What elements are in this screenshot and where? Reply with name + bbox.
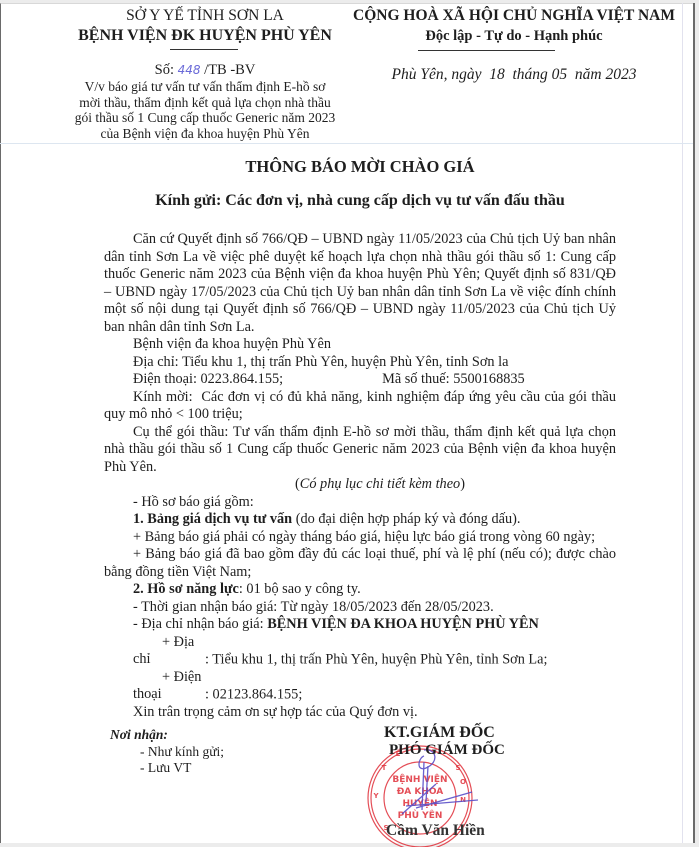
address-value: : Tiểu khu 1, thị trấn Phù Yên, huyện Ph… xyxy=(205,651,547,667)
page-right-border xyxy=(693,3,695,843)
receive-address-label: - Địa chỉ nhận báo giá: xyxy=(133,616,267,632)
svg-text:Y: Y xyxy=(372,792,379,800)
closing-thanks: Xin trân trọng cảm ơn sự hợp tác của Quý… xyxy=(104,704,616,722)
subject-line: của Bệnh viện đa khoa huyện Phù Yên xyxy=(60,126,350,142)
item-1-title: 1. Bảng giá dịch vụ tư vấn xyxy=(133,511,292,527)
recipient-item: - Như kính gửi; xyxy=(140,744,224,760)
document-number: Số: 448 /TB -BV xyxy=(60,62,350,79)
dossier-item-1: 1. Bảng giá dịch vụ tư vấn (do đại diện … xyxy=(104,511,616,529)
hospital-name: BỆNH VIỆN ĐK HUYỆN PHÙ YÊN xyxy=(60,26,350,46)
organization-name: Bệnh viện đa khoa huyện Phù Yên xyxy=(104,336,616,354)
subject-line: V/v báo giá tư vấn tư vấn thẩm định E-hồ… xyxy=(60,79,350,95)
item-1-requirement: + Bảng báo giá đã bao gồm đầy đủ các loạ… xyxy=(104,546,616,581)
number-prefix: Số: xyxy=(155,62,174,78)
organization-address: Địa chỉ: Tiểu khu 1, thị trấn Phù Yên, h… xyxy=(104,354,616,372)
signature-position: PHÓ GIÁM ĐỐC xyxy=(389,742,505,759)
svg-text:T: T xyxy=(382,764,387,772)
dossier-intro: - Hồ sơ báo giá gồm: xyxy=(104,494,616,512)
number-suffix: /TB -BV xyxy=(204,62,255,78)
subject-summary: V/v báo giá tư vấn tư vấn thẩm định E-hồ… xyxy=(60,79,350,141)
page-divider-guide xyxy=(0,143,693,144)
page-edge-guide xyxy=(682,3,683,843)
issuer-header: SỞ Y YẾ TỈNH SƠN LA BỆNH VIỆN ĐK HUYỆN P… xyxy=(60,6,350,46)
recipients-label: Nơi nhận: xyxy=(110,727,168,743)
item-1-requirement: + Bảng báo giá phải có ngày tháng báo gi… xyxy=(104,529,616,547)
motto-underline xyxy=(418,50,555,51)
handwritten-number: 448 xyxy=(178,63,201,77)
receive-address: - Địa chỉ nhận báo giá: BỆNH VIỆN ĐA KHO… xyxy=(104,616,616,634)
place-date: Phù Yên, ngày 18 tháng 05 năm 2023 xyxy=(330,66,698,84)
contact-phone: + Điện thoại: 02123.864.155; xyxy=(104,669,616,704)
country-name: CỘNG HOÀ XÃ HỘI CHỦ NGHĨA VIỆT NAM xyxy=(330,6,698,26)
phone-value: : 02123.864.155; xyxy=(205,686,302,702)
receive-time: - Thời gian nhận báo giá: Từ ngày 18/05/… xyxy=(104,599,616,617)
department-name: SỞ Y YẾ TỈNH SƠN LA xyxy=(60,6,350,26)
tax-code: Mã số thuế: 5500168835 xyxy=(382,371,525,387)
national-header: CỘNG HOÀ XÃ HỘI CHỦ NGHĨA VIỆT NAM Độc l… xyxy=(330,6,698,46)
item-1-detail: (do đại diện hợp pháp ký và đóng dấu). xyxy=(292,511,520,527)
appendix-note: (Có phụ lục chi tiết kèm theo) xyxy=(104,476,616,494)
appendix-note-text: Có phụ lục chi tiết kèm theo xyxy=(300,476,460,492)
phone-label: + Điện thoại xyxy=(133,669,205,704)
subject-line: gói thầu số 1 Cung cấp thuốc Generic năm… xyxy=(60,110,350,126)
signature-on-behalf: KT.GIÁM ĐỐC xyxy=(384,724,495,742)
address-label: + Địa chỉ xyxy=(133,634,205,669)
stamp-line: ĐA KHOA xyxy=(397,787,444,797)
subject-line: mời thầu, thẩm định kết quả lựa chọn nhà… xyxy=(60,95,350,111)
document-title: THÔNG BÁO MỜI CHÀO GIÁ xyxy=(80,157,640,177)
package-description: Cụ thể gói thầu: Tư vấn thẩm định E-hồ s… xyxy=(104,424,616,477)
contact-line: Điện thoại: 0223.864.155;Mã số thuế: 550… xyxy=(104,371,616,389)
stamp-line: BỆNH VIỆN xyxy=(392,774,447,785)
document-body: Căn cứ Quyết định số 766/QĐ – UBND ngày … xyxy=(104,231,616,721)
item-2-detail: : 01 bộ sao y công ty. xyxy=(239,581,361,597)
recipient-item: - Lưu VT xyxy=(140,760,191,776)
stamp-line: PHÙ YÊN xyxy=(398,809,443,821)
contact-address: + Địa chỉ: Tiểu khu 1, thị trấn Phù Yên,… xyxy=(104,634,616,669)
national-motto: Độc lập - Tự do - Hạnh phúc xyxy=(330,26,698,46)
organization-phone: Điện thoại: 0223.864.155; xyxy=(133,371,283,387)
dossier-item-2: 2. Hồ sơ năng lực: 01 bộ sao y công ty. xyxy=(104,581,616,599)
svg-text:Ơ: Ơ xyxy=(460,778,466,786)
item-2-title: 2. Hồ sơ năng lực xyxy=(133,581,239,597)
legal-basis: Căn cứ Quyết định số 766/QĐ – UBND ngày … xyxy=(104,231,616,336)
svg-text:S: S xyxy=(455,764,460,772)
signer-name: Cầm Văn Hiền xyxy=(386,822,485,840)
receive-address-org: BỆNH VIỆN ĐA KHOA HUYỆN PHÙ YÊN xyxy=(267,616,539,632)
svg-text:N: N xyxy=(460,796,466,804)
addressee: Kính gửi: Các đơn vị, nhà cung cấp dịch … xyxy=(80,192,640,210)
invitation: Kính mời: Các đơn vị có đủ khả năng, kin… xyxy=(104,389,616,424)
issuer-underline xyxy=(170,49,238,50)
